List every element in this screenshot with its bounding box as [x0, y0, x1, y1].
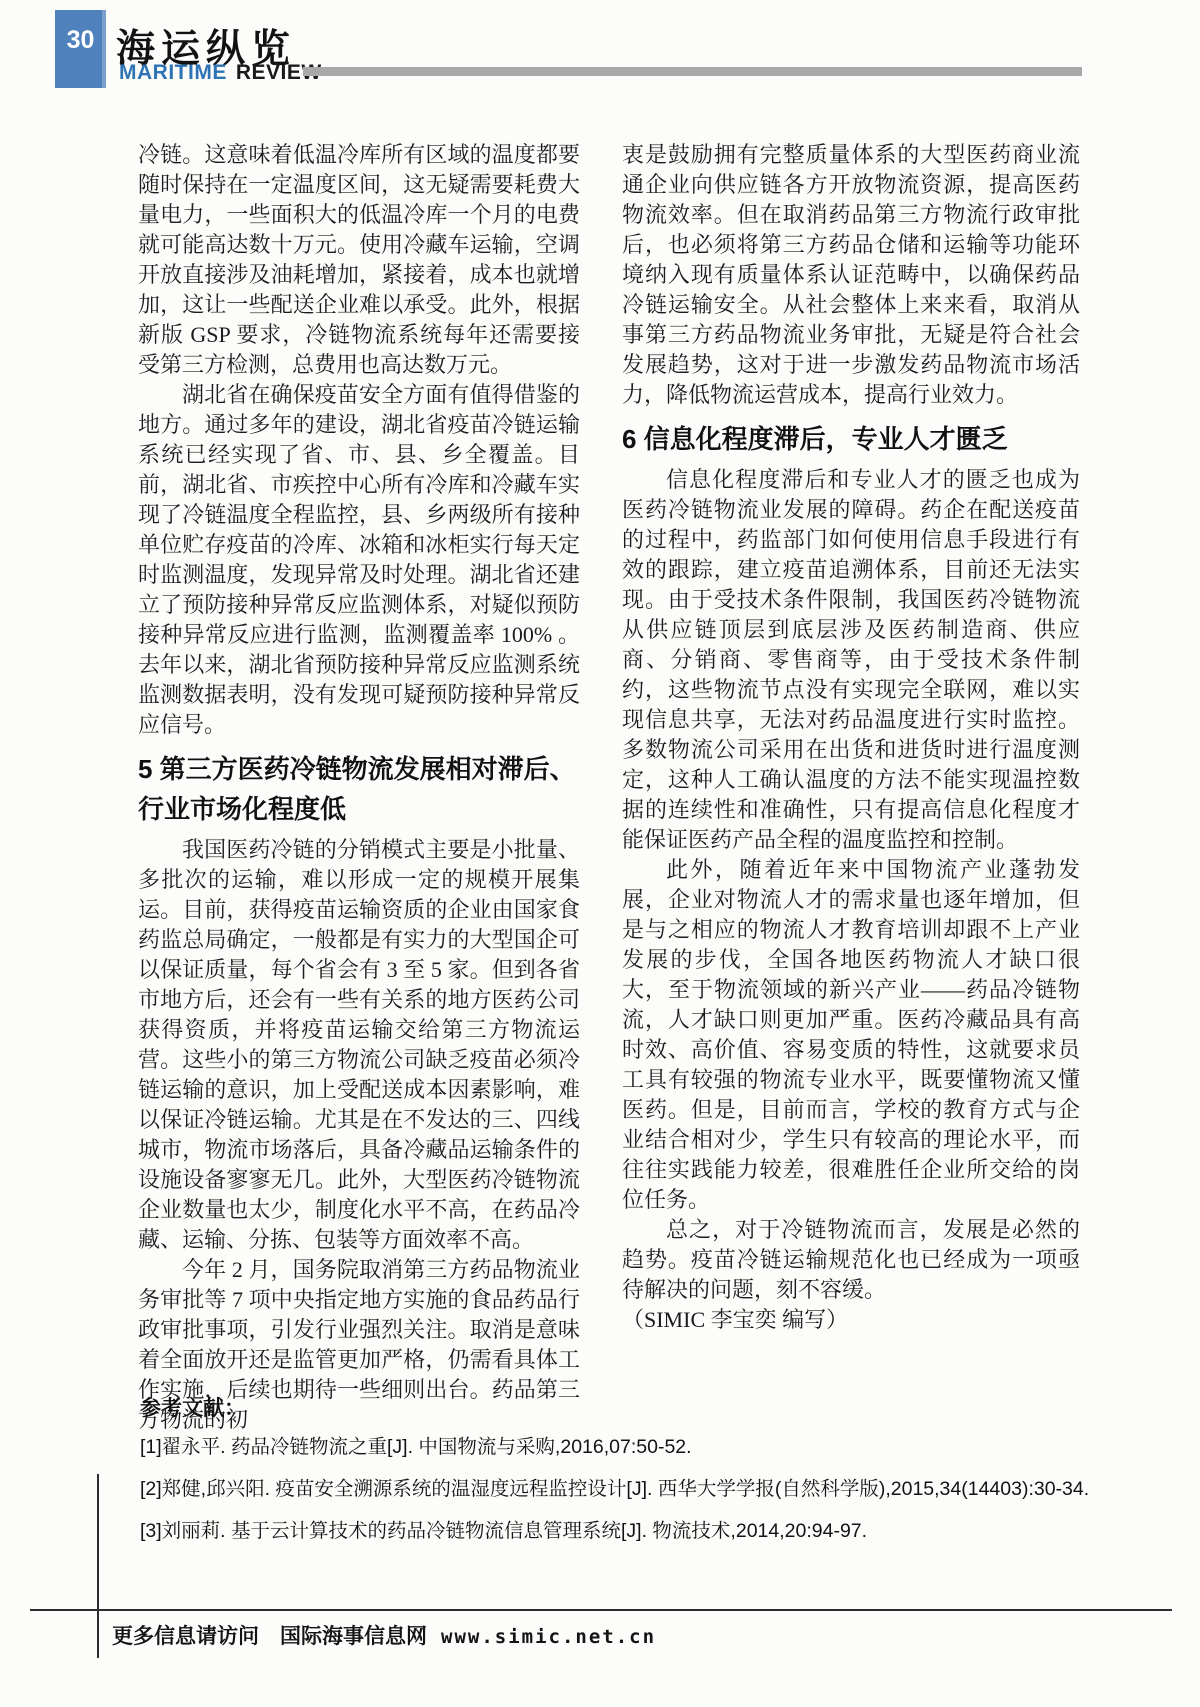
- references-section: 参考文献： [1]翟永平. 药品冷链物流之重[J]. 中国物流与采购,2016,…: [140, 1392, 1150, 1562]
- paragraph-talent: 此外，随着近年来中国物流产业蓬勃发展，企业对物流人才的需求量也逐年增加，但是与之…: [622, 855, 1080, 1215]
- magazine-page: 30 海运纵览 MARITIMEREVIEW 冷链。这意味着低温冷库所有区域的温…: [0, 0, 1200, 1707]
- left-column: 冷链。这意味着低温冷库所有区域的温度都要随时保持在一定温度区间，这无疑需要耗费大…: [138, 140, 580, 1435]
- footer: 更多信息请访问 国际海事信息网 www.simic.net.cn: [112, 1620, 656, 1650]
- section-heading-6: 6 信息化程度滞后，专业人才匮乏: [622, 419, 1080, 459]
- paragraph-cost: 冷链。这意味着低温冷库所有区域的温度都要随时保持在一定温度区间，这无疑需要耗费大…: [138, 140, 580, 380]
- paragraph-distribution: 我国医药冷链的分销模式主要是小批量、多批次的运输，难以形成一定的规模开展集运。目…: [138, 835, 580, 1255]
- byline: （SIMIC 李宝奕 编写）: [622, 1305, 1080, 1335]
- paragraph-hubei: 湖北省在确保疫苗安全方面有值得借鉴的地方。通过多年的建设，湖北省疫苗冷链运输系统…: [138, 380, 580, 740]
- paragraph-conclusion: 总之，对于冷链物流而言，发展是必然的趋势。疫苗冷链运输规范化也已经成为一项亟待解…: [622, 1215, 1080, 1305]
- paragraph-informatization: 信息化程度滞后和专业人才的匮乏也成为医药冷链物流业发展的障碍。药企在配送疫苗的过…: [622, 465, 1080, 855]
- footer-rule: [30, 1609, 1172, 1611]
- margin-vertical-line: [97, 1474, 99, 1658]
- section-heading-5: 5 第三方医药冷链物流发展相对滞后、行业市场化程度低: [138, 749, 580, 829]
- footer-text: 更多信息请访问 国际海事信息网: [112, 1620, 427, 1650]
- reference-item: [1]翟永平. 药品冷链物流之重[J]. 中国物流与采购,2016,07:50-…: [140, 1436, 1150, 1458]
- reference-item: [3]刘丽莉. 基于云计算技术的药品冷链物流信息管理系统[J]. 物流技术,20…: [140, 1520, 1150, 1542]
- footer-url: www.simic.net.cn: [441, 1626, 656, 1648]
- page-number: 30: [67, 26, 95, 88]
- subtitle-maritime: MARITIME: [119, 61, 227, 84]
- page-subtitle: MARITIMEREVIEW: [119, 61, 322, 85]
- page-number-box: 30: [55, 10, 106, 88]
- reference-item: [2]郑健,邱兴阳. 疫苗安全溯源系统的温湿度远程监控设计[J]. 西华大学学报…: [140, 1478, 1150, 1500]
- header-rule: [303, 67, 1082, 76]
- references-title: 参考文献：: [140, 1392, 1150, 1422]
- paragraph-intent: 衷是鼓励拥有完整质量体系的大型医药商业流通企业向供应链各方开放物流资源，提高医药…: [622, 140, 1080, 410]
- right-column: 衷是鼓励拥有完整质量体系的大型医药商业流通企业向供应链各方开放物流资源，提高医药…: [622, 140, 1080, 1335]
